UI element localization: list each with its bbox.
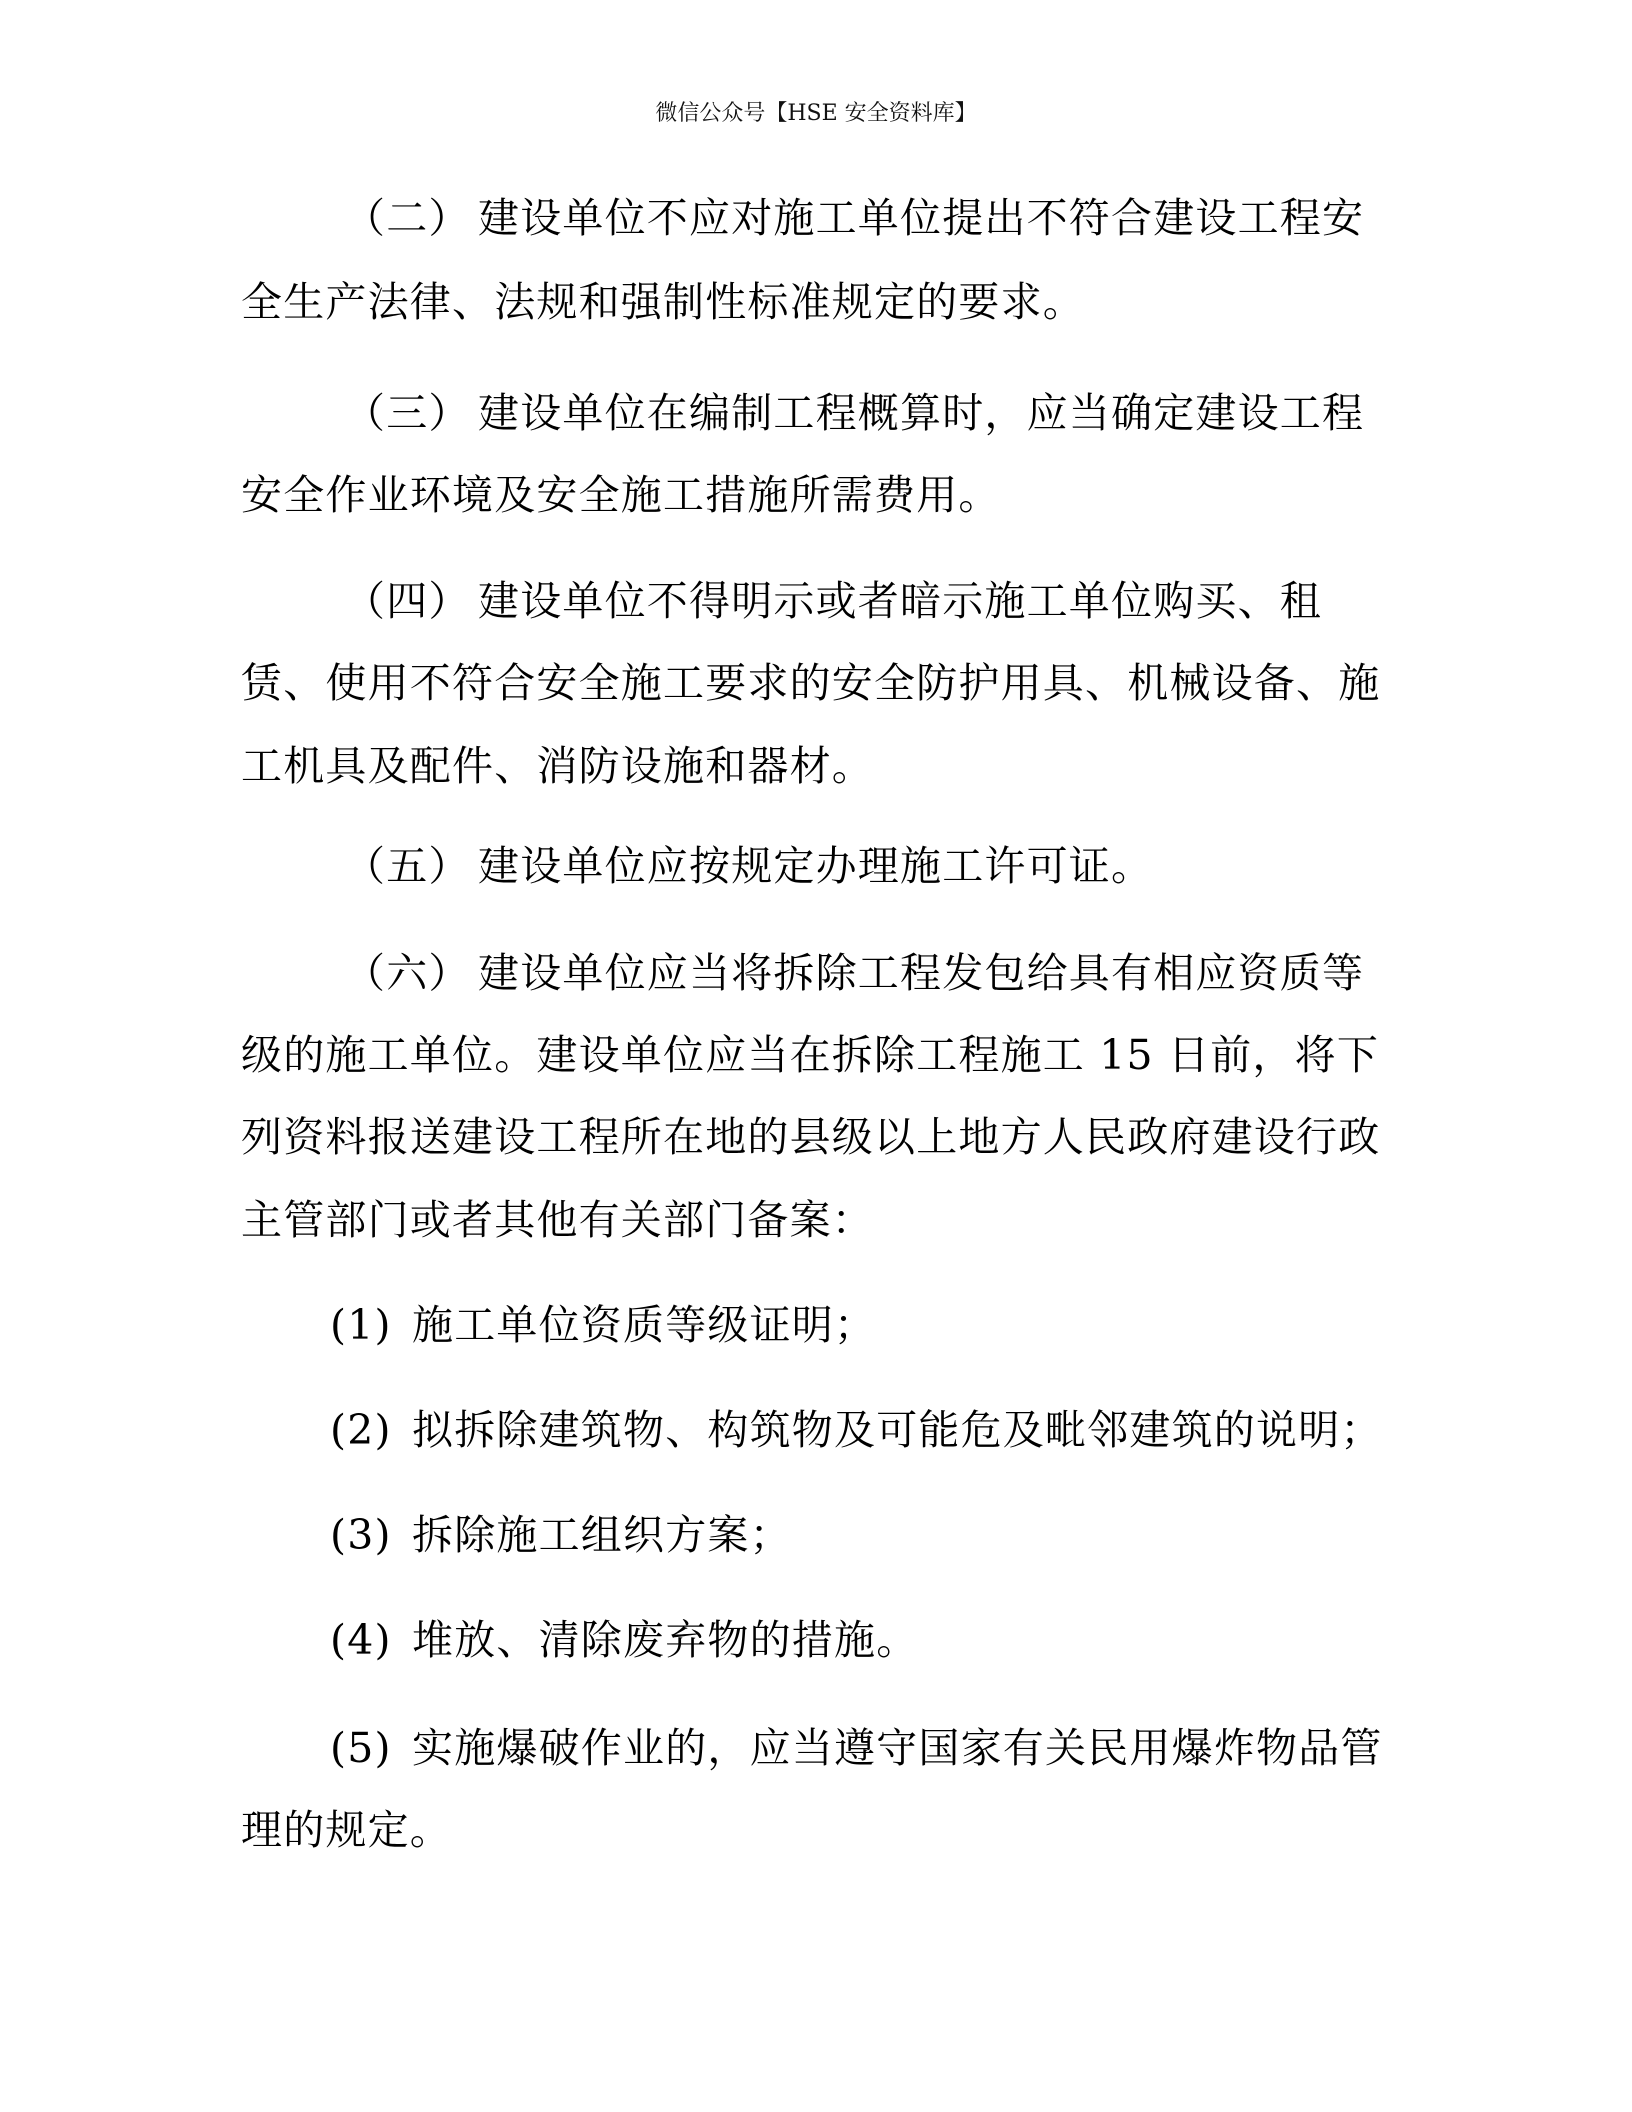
list-marker: (5) <box>330 1720 412 1776</box>
list-marker: (1) <box>330 1297 412 1353</box>
paragraph-text: 建设单位不得明示或者暗示施工单位购买、租 <box>478 577 1322 625</box>
paragraph-text: 建设单位不应对施工单位提出不符合建设工程安 <box>478 194 1364 242</box>
list-item-text: 实施爆破作业的，应当遵守国家有关民用爆炸物品管 <box>412 1724 1383 1772</box>
list-item-3: (3)拆除施工组织方案； <box>330 1507 792 1563</box>
list-item-5-line-2: 理的规定。 <box>241 1802 452 1858</box>
paragraph-3-line-1: （三）建设单位在编制工程概算时，应当确定建设工程 <box>344 385 1364 441</box>
list-item-1: (1)施工单位资质等级证明； <box>330 1297 876 1353</box>
paragraph-text: 建设单位应当将拆除工程发包给具有相应资质等 <box>478 949 1364 997</box>
list-marker: (2) <box>330 1402 412 1458</box>
list-item-2: (2)拟拆除建筑物、构筑物及可能危及毗邻建筑的说明； <box>330 1402 1383 1458</box>
list-item-text: 施工单位资质等级证明； <box>412 1301 876 1349</box>
list-item-text: 拆除施工组织方案； <box>412 1511 792 1559</box>
paragraph-marker: （六） <box>344 945 478 1001</box>
paragraph-6-line-2: 级的施工单位。建设单位应当在拆除工程施工 15 日前，将下 <box>241 1027 1379 1083</box>
paragraph-marker: （二） <box>344 190 478 246</box>
paragraph-text: 建设单位在编制工程概算时，应当确定建设工程 <box>478 389 1364 437</box>
paragraph-3-line-2: 安全作业环境及安全施工措施所需费用。 <box>241 467 1001 523</box>
list-item-4: (4)堆放、清除废弃物的措施。 <box>330 1612 918 1668</box>
paragraph-4-line-2: 赁、使用不符合安全施工要求的安全防护用具、机械设备、施 <box>241 655 1380 711</box>
paragraph-2-line-2: 全生产法律、法规和强制性标准规定的要求。 <box>241 274 1085 330</box>
list-marker: (4) <box>330 1612 412 1668</box>
list-item-text: 堆放、清除废弃物的措施。 <box>412 1616 918 1664</box>
list-item-5-line-1: (5)实施爆破作业的，应当遵守国家有关民用爆炸物品管 <box>330 1720 1383 1776</box>
paragraph-5-line-1: （五）建设单位应按规定办理施工许可证。 <box>344 838 1153 894</box>
paragraph-marker: （三） <box>344 385 478 441</box>
paragraph-marker: （五） <box>344 838 478 894</box>
list-marker: (3) <box>330 1507 412 1563</box>
paragraph-4-line-1: （四）建设单位不得明示或者暗示施工单位购买、租 <box>344 573 1322 629</box>
document-body: （二）建设单位不应对施工单位提出不符合建设工程安 全生产法律、法规和强制性标准规… <box>0 0 1632 2112</box>
paragraph-2-line-1: （二）建设单位不应对施工单位提出不符合建设工程安 <box>344 190 1364 246</box>
paragraph-6-line-4: 主管部门或者其他有关部门备案： <box>241 1192 874 1248</box>
paragraph-6-line-3: 列资料报送建设工程所在地的县级以上地方人民政府建设行政 <box>241 1109 1380 1165</box>
paragraph-marker: （四） <box>344 573 478 629</box>
paragraph-text: 建设单位应按规定办理施工许可证。 <box>478 842 1153 890</box>
paragraph-4-line-3: 工机具及配件、消防设施和器材。 <box>241 738 874 794</box>
list-item-text: 拟拆除建筑物、构筑物及可能危及毗邻建筑的说明； <box>412 1406 1383 1454</box>
paragraph-6-line-1: （六）建设单位应当将拆除工程发包给具有相应资质等 <box>344 945 1364 1001</box>
